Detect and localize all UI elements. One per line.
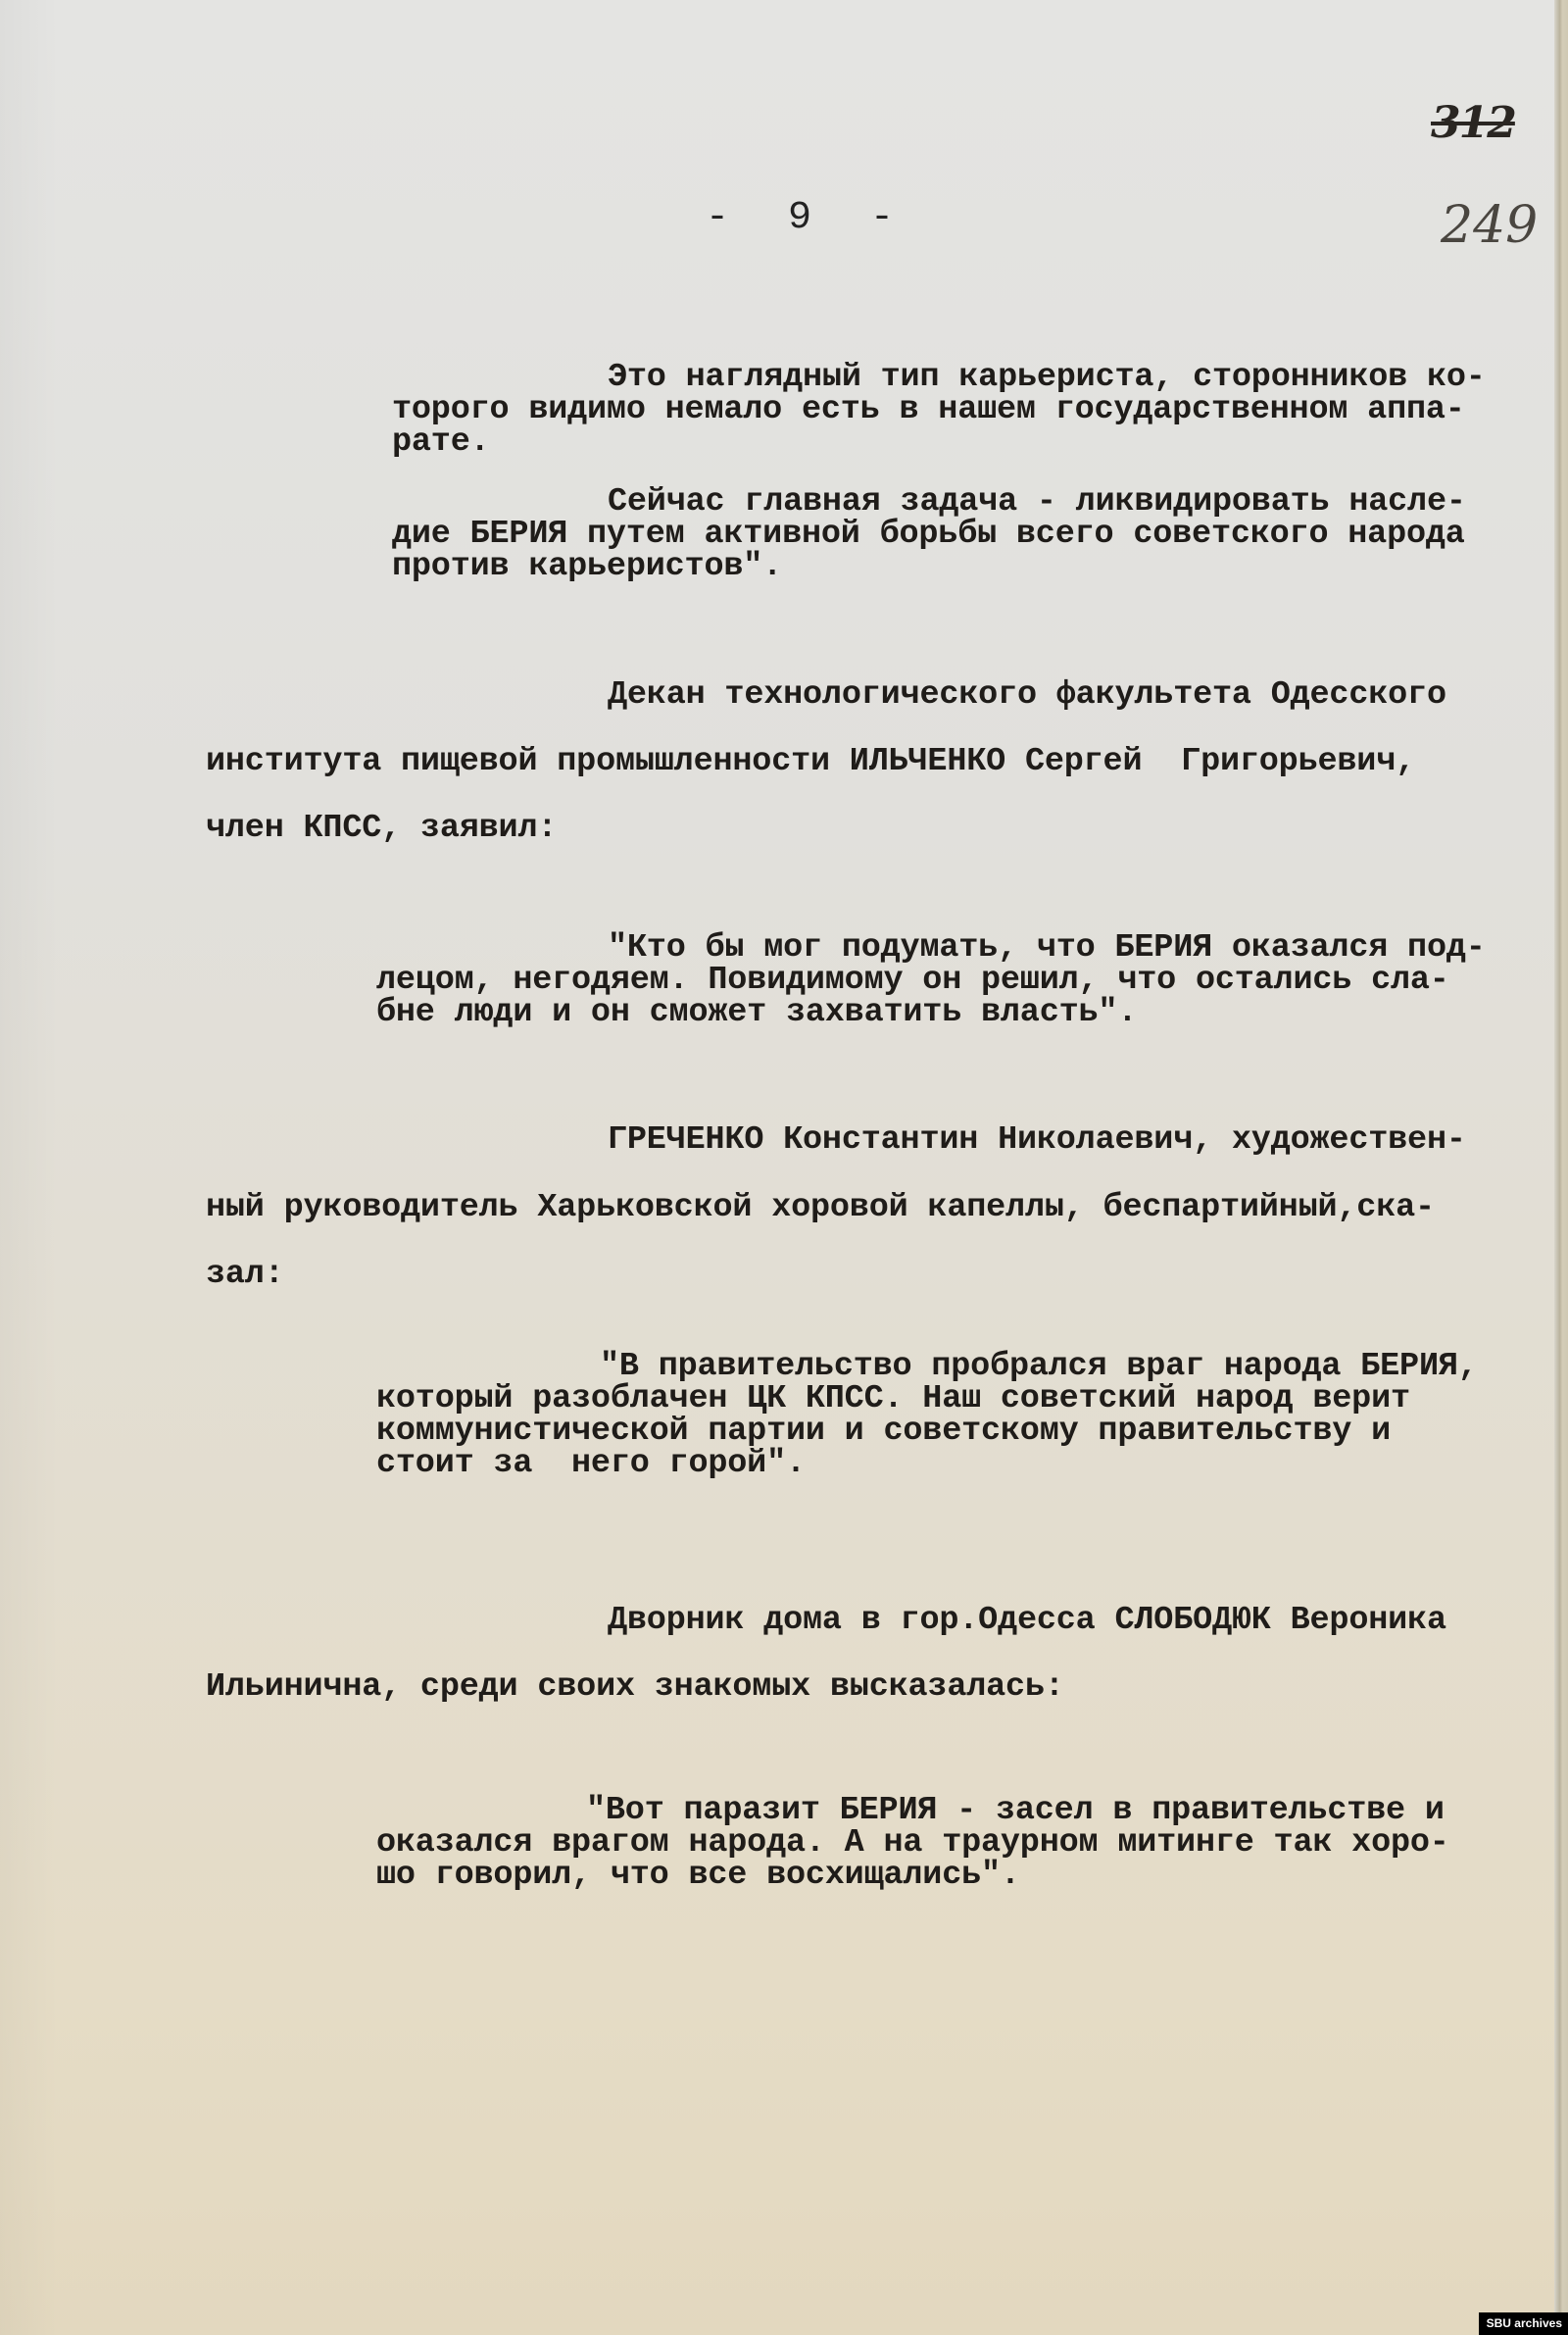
text-line: шо говорил, что все восхищались". xyxy=(376,1859,1020,1892)
text-line: Ильинична, среди своих знакомых высказал… xyxy=(206,1670,1064,1704)
text-line: член КПСС, заявил: xyxy=(206,812,557,845)
handwritten-folio-crossed: 312 xyxy=(1431,98,1515,148)
text-line: Декан технологического факультета Одесск… xyxy=(608,678,1446,712)
page-edge xyxy=(1554,0,1568,2335)
text-line: оказался врагом народа. А на траурном ми… xyxy=(376,1826,1449,1860)
text-line: зал: xyxy=(206,1258,284,1291)
archive-watermark: SBU archives xyxy=(1479,2312,1568,2335)
text-line: против карьеристов". xyxy=(392,550,782,583)
text-line: Сейчас главная задача - ликвидировать на… xyxy=(608,485,1466,519)
text-line: института пищевой промышленности ИЛЬЧЕНК… xyxy=(206,745,1415,778)
page-number: - 9 - xyxy=(706,196,911,240)
text-line: "Вот паразит БЕРИЯ - засел в правительст… xyxy=(586,1794,1445,1827)
text-line: который разоблачен ЦК КПСС. Наш советски… xyxy=(376,1382,1410,1416)
text-line: ГРЕЧЕНКО Константин Николаевич, художест… xyxy=(608,1123,1466,1157)
text-line: "Кто бы мог подумать, что БЕРИЯ оказался… xyxy=(608,931,1486,965)
text-line: ный руководитель Харьковской хоровой кап… xyxy=(206,1191,1435,1224)
text-line: торого видимо немало есть в нашем госуда… xyxy=(392,393,1465,426)
text-line: "В правительство пробрался враг народа Б… xyxy=(600,1350,1478,1383)
text-line: Дворник дома в гор.Одесса СЛОБОДЮК Верон… xyxy=(608,1604,1446,1637)
text-line: бне люди и он сможет захватить власть". xyxy=(376,996,1137,1029)
handwritten-folio-current: 249 xyxy=(1441,196,1538,255)
text-line: коммунистической партии и советскому пра… xyxy=(376,1415,1391,1448)
text-line: Это наглядный тип карьериста, стороннико… xyxy=(608,361,1486,394)
text-line: стоит за него горой". xyxy=(376,1447,806,1480)
text-line: лецом, негодяем. Повидимому он решил, чт… xyxy=(376,964,1449,997)
text-line: рате. xyxy=(392,425,490,459)
page-shadow xyxy=(0,0,59,2335)
text-line: дие БЕРИЯ путем активной борьбы всего со… xyxy=(392,518,1465,551)
